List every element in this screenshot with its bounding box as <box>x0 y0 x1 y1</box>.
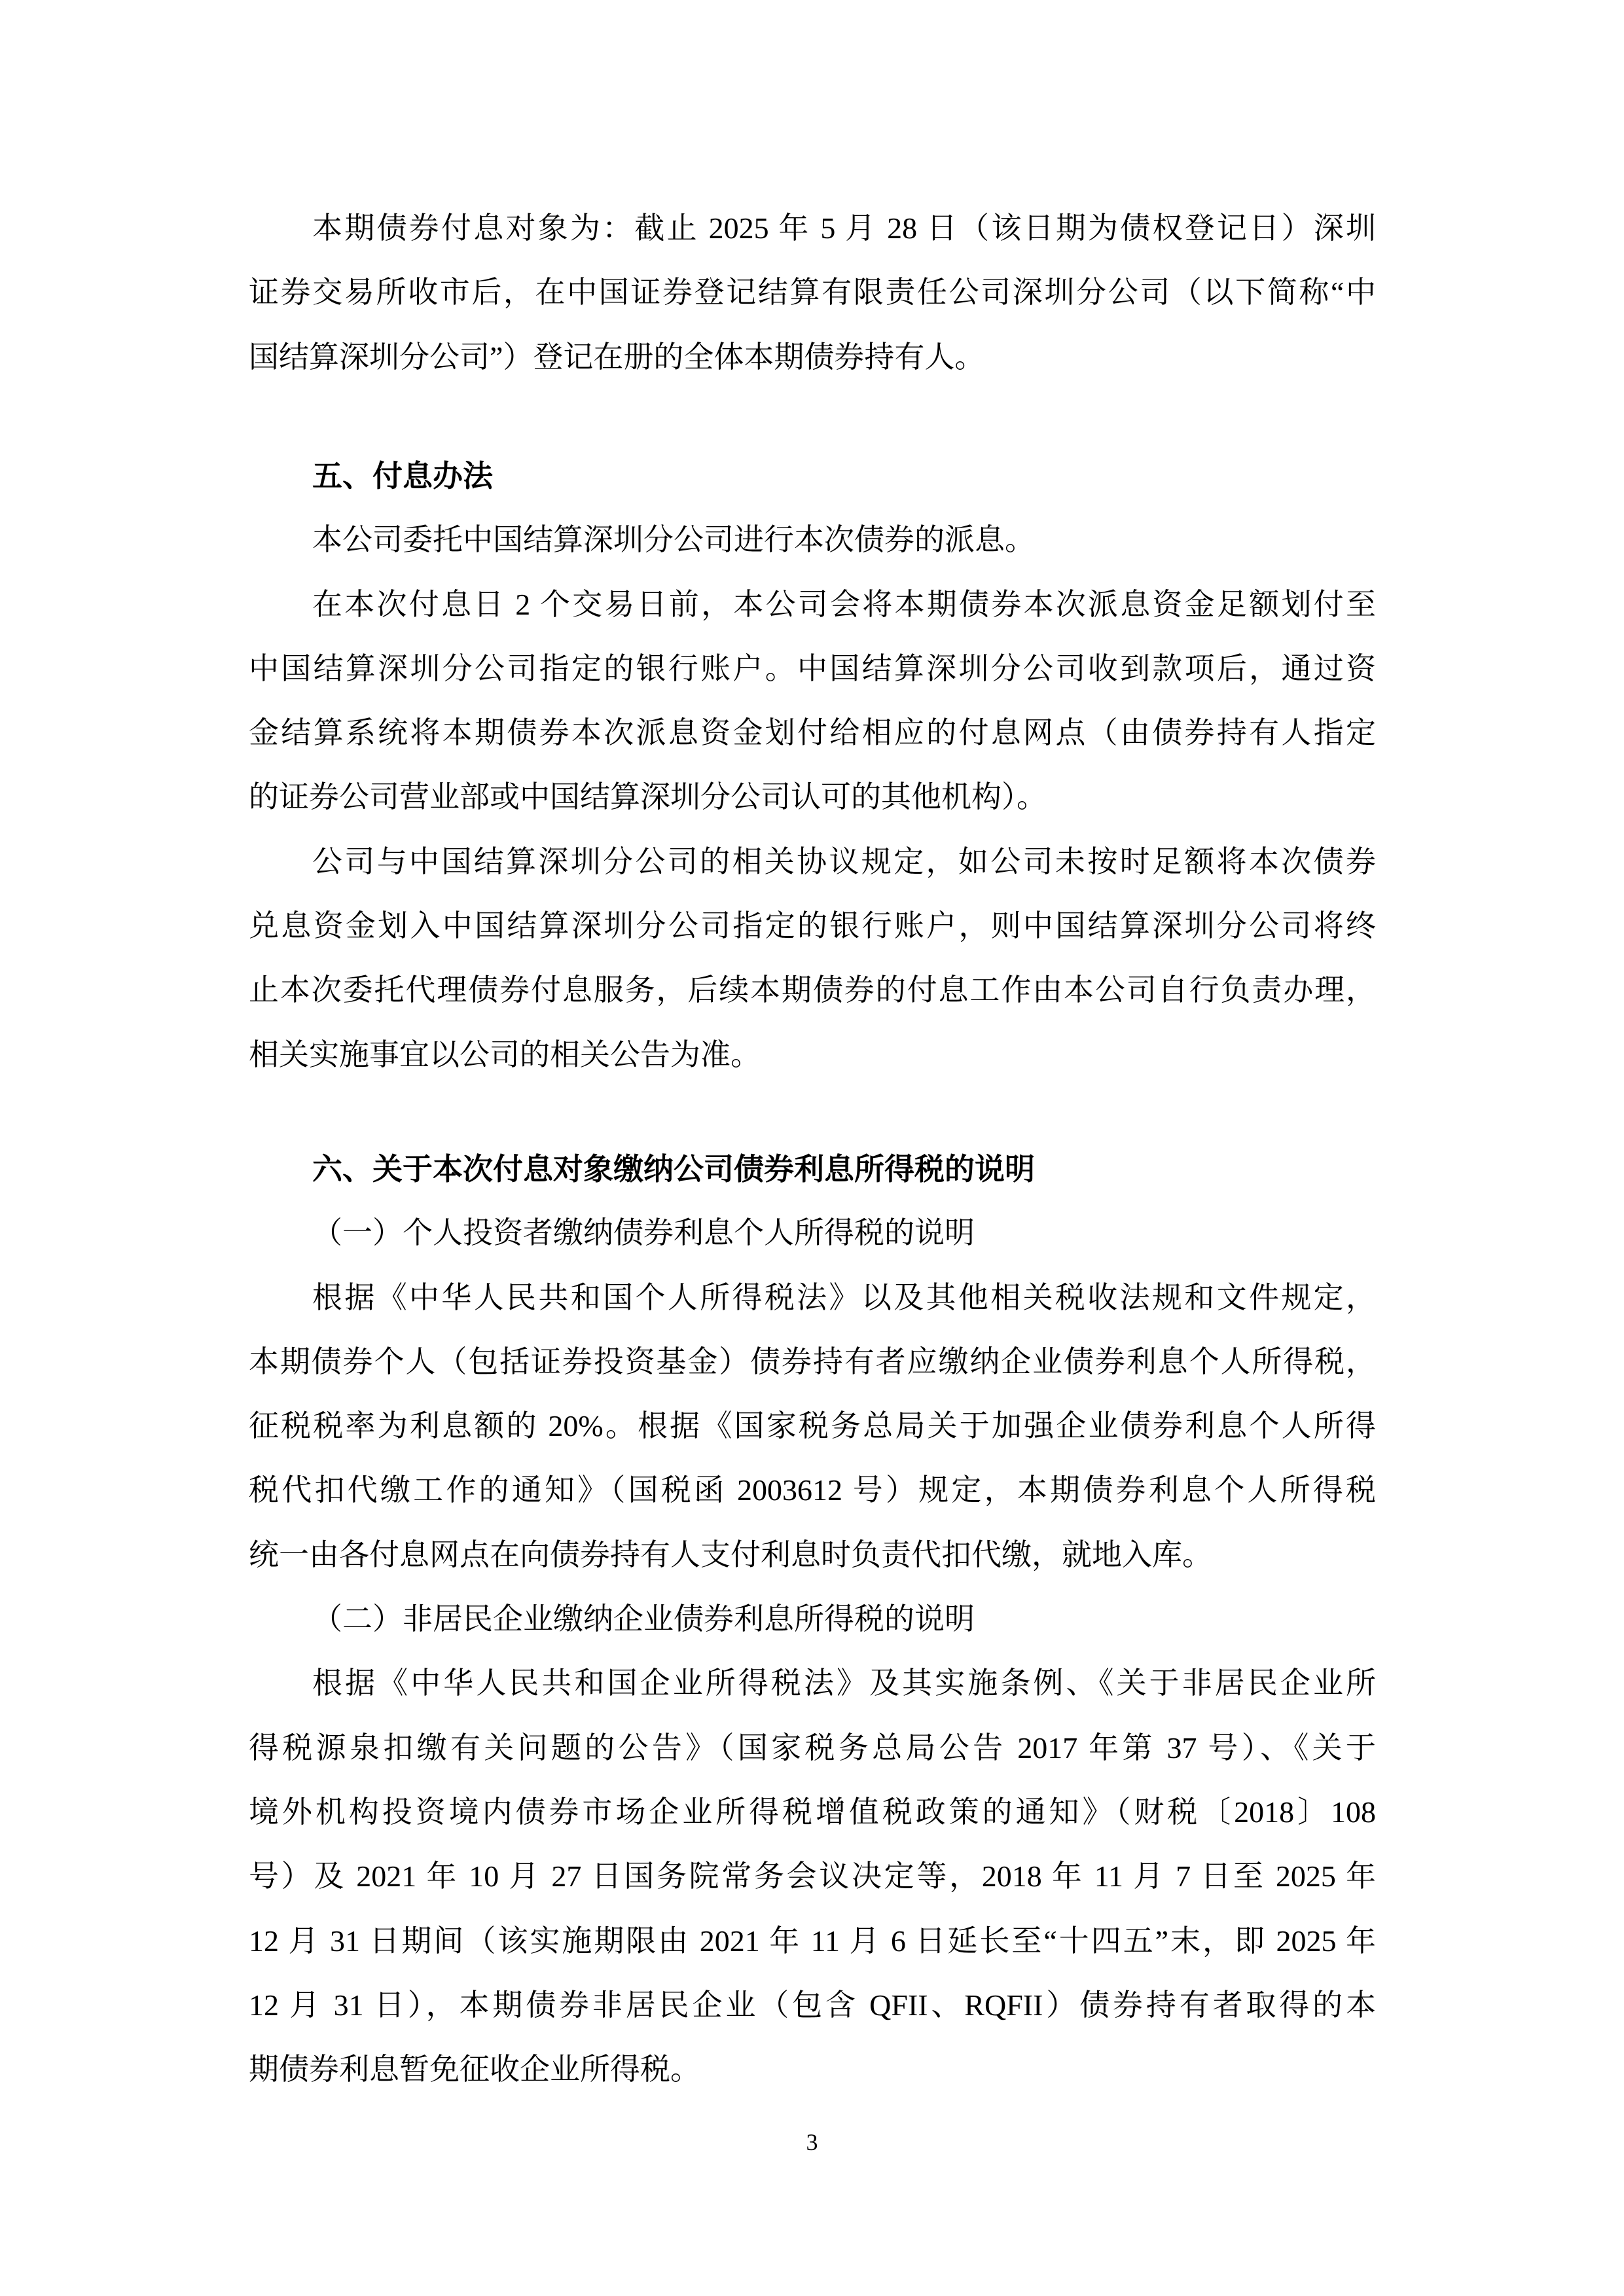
paragraph-line: 国结算深圳分公司”）登记在册的全体本期债券持有人。 <box>249 325 1376 389</box>
paragraph-line: 征税税率为利息额的 20%。根据《国家税务总局关于加强企业债券利息个人所得 <box>249 1394 1376 1458</box>
paragraph-line: 公司与中国结算深圳分公司的相关协议规定，如公司未按时足额将本次债券 <box>249 830 1376 894</box>
paragraph-line: 中国结算深圳分公司指定的银行账户。中国结算深圳分公司收到款项后，通过资 <box>249 637 1376 701</box>
paragraph-line: 境外机构投资境内债券市场企业所得税增值税政策的通知》（财税〔2018〕108 <box>249 1780 1376 1844</box>
paragraph-line: 本公司委托中国结算深圳分公司进行本次债券的派息。 <box>249 508 1376 572</box>
paragraph-line: 证券交易所收市后，在中国证券登记结算有限责任公司深圳分公司（以下简称“中 <box>249 260 1376 325</box>
paragraph-line: 本期债券付息对象为：截止 2025 年 5 月 28 日（该日期为债权登记日）深… <box>249 196 1376 260</box>
subsection-heading: （一）个人投资者缴纳债券利息个人所得税的说明 <box>249 1201 1376 1265</box>
paragraph-line: 得税源泉扣缴有关问题的公告》（国家税务总局公告 2017 年第 37 号）、《关… <box>249 1716 1376 1780</box>
paragraph-line: 根据《中华人民共和国企业所得税法》及其实施条例、《关于非居民企业所 <box>249 1651 1376 1715</box>
section-6: 六、关于本次付息对象缴纳公司债券利息所得税的说明 （一）个人投资者缴纳债券利息个… <box>249 1137 1376 2102</box>
paragraph-line: 根据《中华人民共和国个人所得税法》以及其他相关税收法规和文件规定， <box>249 1266 1376 1330</box>
paragraph-line: 的证券公司营业部或中国结算深圳分公司认可的其他机构）。 <box>249 765 1376 829</box>
paragraph-line: 兑息资金划入中国结算深圳分公司指定的银行账户，则中国结算深圳分公司将终 <box>249 894 1376 958</box>
paragraph-line: 统一由各付息网点在向债券持有人支付利息时负责代扣代缴，就地入库。 <box>249 1523 1376 1587</box>
paragraph-line: 期债券利息暂免征收企业所得税。 <box>249 2037 1376 2102</box>
paragraph-line: 相关实施事宜以公司的相关公告为准。 <box>249 1023 1376 1087</box>
paragraph-line: 号）及 2021 年 10 月 27 日国务院常务会议决定等，2018 年 11… <box>249 1844 1376 1909</box>
paragraph-line: 税代扣代缴工作的通知》（国税函 2003612 号）规定，本期债券利息个人所得税 <box>249 1458 1376 1522</box>
document-page: 本期债券付息对象为：截止 2025 年 5 月 28 日（该日期为债权登记日）深… <box>0 0 1624 2296</box>
paragraph-line: 12 月 31 日），本期债券非居民企业（包含 QFII、RQFII）债券持有者… <box>249 1973 1376 2037</box>
section-heading: 六、关于本次付息对象缴纳公司债券利息所得税的说明 <box>249 1137 1376 1201</box>
paragraph-line: 12 月 31 日期间（该实施期限由 2021 年 11 月 6 日延长至“十四… <box>249 1909 1376 1973</box>
section-5: 五、付息办法 本公司委托中国结算深圳分公司进行本次债券的派息。 在本次付息日 2… <box>249 444 1376 1087</box>
paragraph-line: 止本次委托代理债券付息服务，后续本期债券的付息工作由本公司自行负责办理， <box>249 958 1376 1022</box>
intro-paragraph: 本期债券付息对象为：截止 2025 年 5 月 28 日（该日期为债权登记日）深… <box>249 196 1376 389</box>
paragraph-line: 金结算系统将本期债券本次派息资金划付给相应的付息网点（由债券持有人指定 <box>249 701 1376 765</box>
paragraph-line: 本期债券个人（包括证券投资基金）债券持有者应缴纳企业债券利息个人所得税， <box>249 1330 1376 1394</box>
page-number: 3 <box>0 2128 1624 2156</box>
paragraph-line: 在本次付息日 2 个交易日前，本公司会将本期债券本次派息资金足额划付至 <box>249 573 1376 637</box>
subsection-heading: （二）非居民企业缴纳企业债券利息所得税的说明 <box>249 1587 1376 1651</box>
section-heading: 五、付息办法 <box>249 444 1376 508</box>
